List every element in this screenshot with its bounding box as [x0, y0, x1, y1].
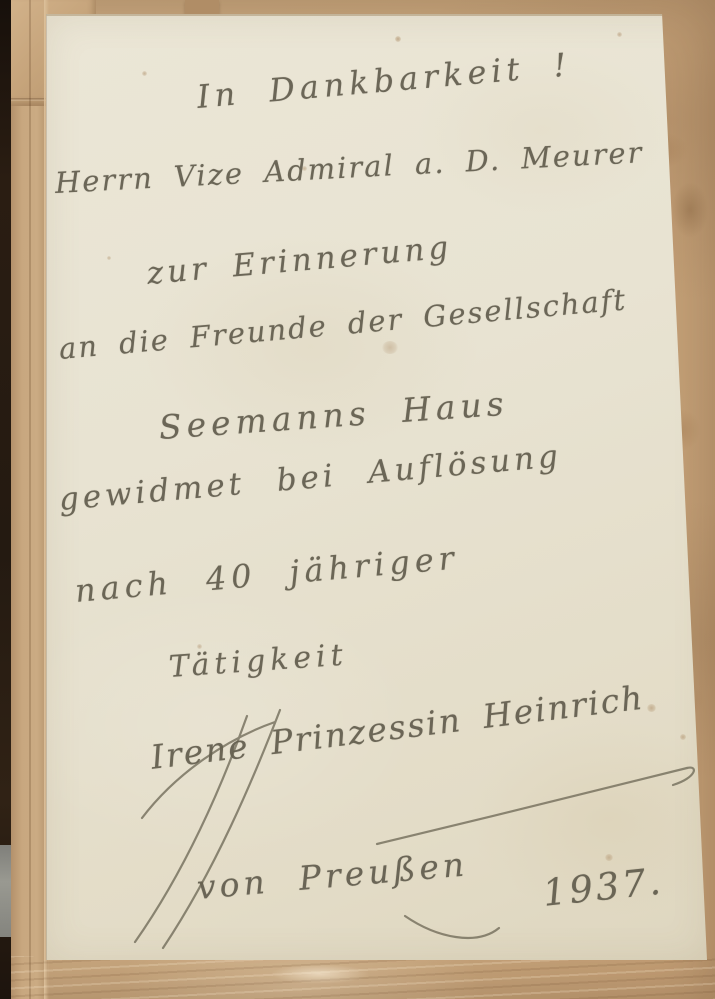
foxing-spot [107, 256, 111, 260]
foxing-spot [395, 36, 401, 42]
foxing-spot [142, 71, 147, 76]
kraft-tape-bottom [0, 956, 715, 999]
tape-flap [185, 0, 219, 14]
tape-crease [8, 98, 48, 101]
handwritten-dedication-paper: In Dankbarkeit ! Herrn Vize Admiral a. D… [46, 14, 707, 960]
foxing-spot [617, 32, 622, 37]
framed-photo-back: In Dankbarkeit ! Herrn Vize Admiral a. D… [0, 0, 715, 999]
foxing-spot [605, 854, 613, 861]
foxing-spot [680, 734, 686, 740]
foxing-spot [382, 341, 398, 354]
frame-edge-grey-patch [0, 845, 11, 937]
tape-crease [29, 0, 31, 999]
foxing-spot [647, 704, 656, 712]
